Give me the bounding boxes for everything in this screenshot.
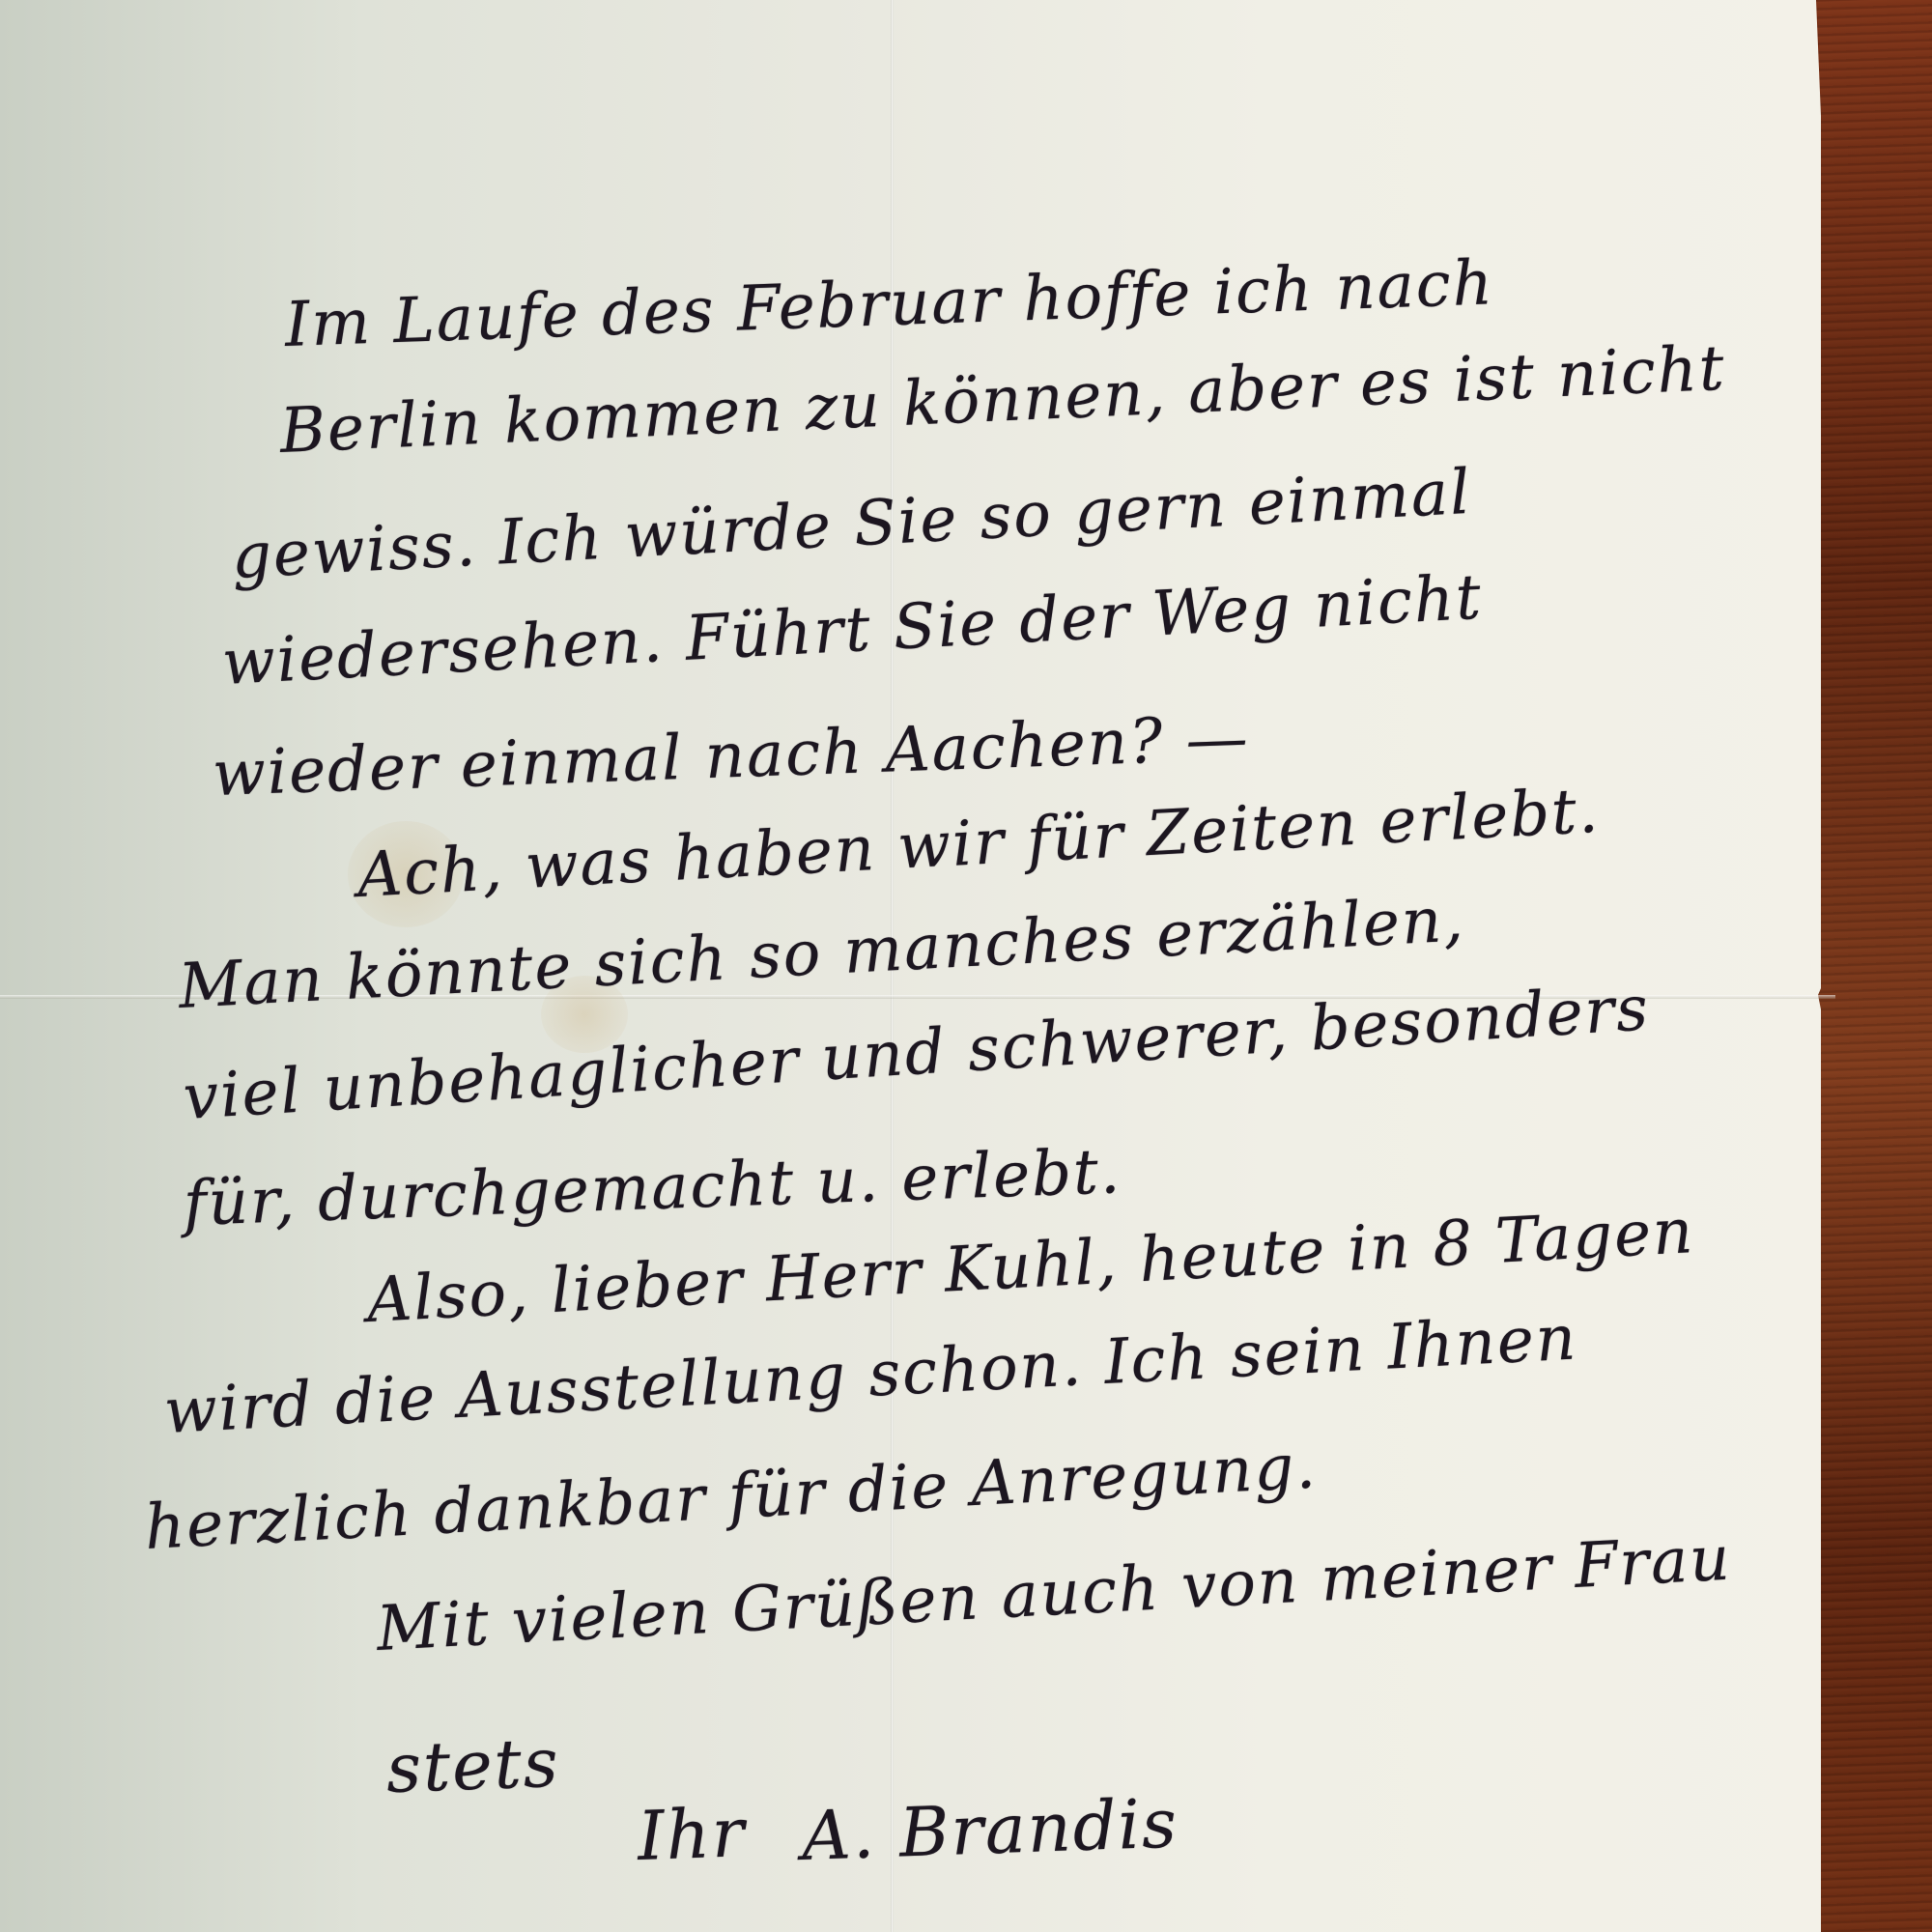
closing-word: stets — [385, 1723, 561, 1808]
letter-line: Mit vielen Grüßen auch von meiner Frau — [375, 1523, 1733, 1665]
letter-line: herzlich dankbar für die Anregung. — [143, 1431, 1319, 1563]
letter-line: für, durchgemacht u. erlebt. — [183, 1136, 1123, 1240]
signature-salutation: Ihr — [637, 1793, 748, 1876]
letter-body: Im Laufe des Februar hoffe ich nach Berl… — [0, 0, 1787, 1932]
letter-line: wieder einmal nach Aachen? — — [212, 703, 1251, 810]
signature-name: A. Brandis — [801, 1783, 1180, 1876]
letter-line: Im Laufe des Februar hoffe ich nach — [284, 247, 1495, 361]
